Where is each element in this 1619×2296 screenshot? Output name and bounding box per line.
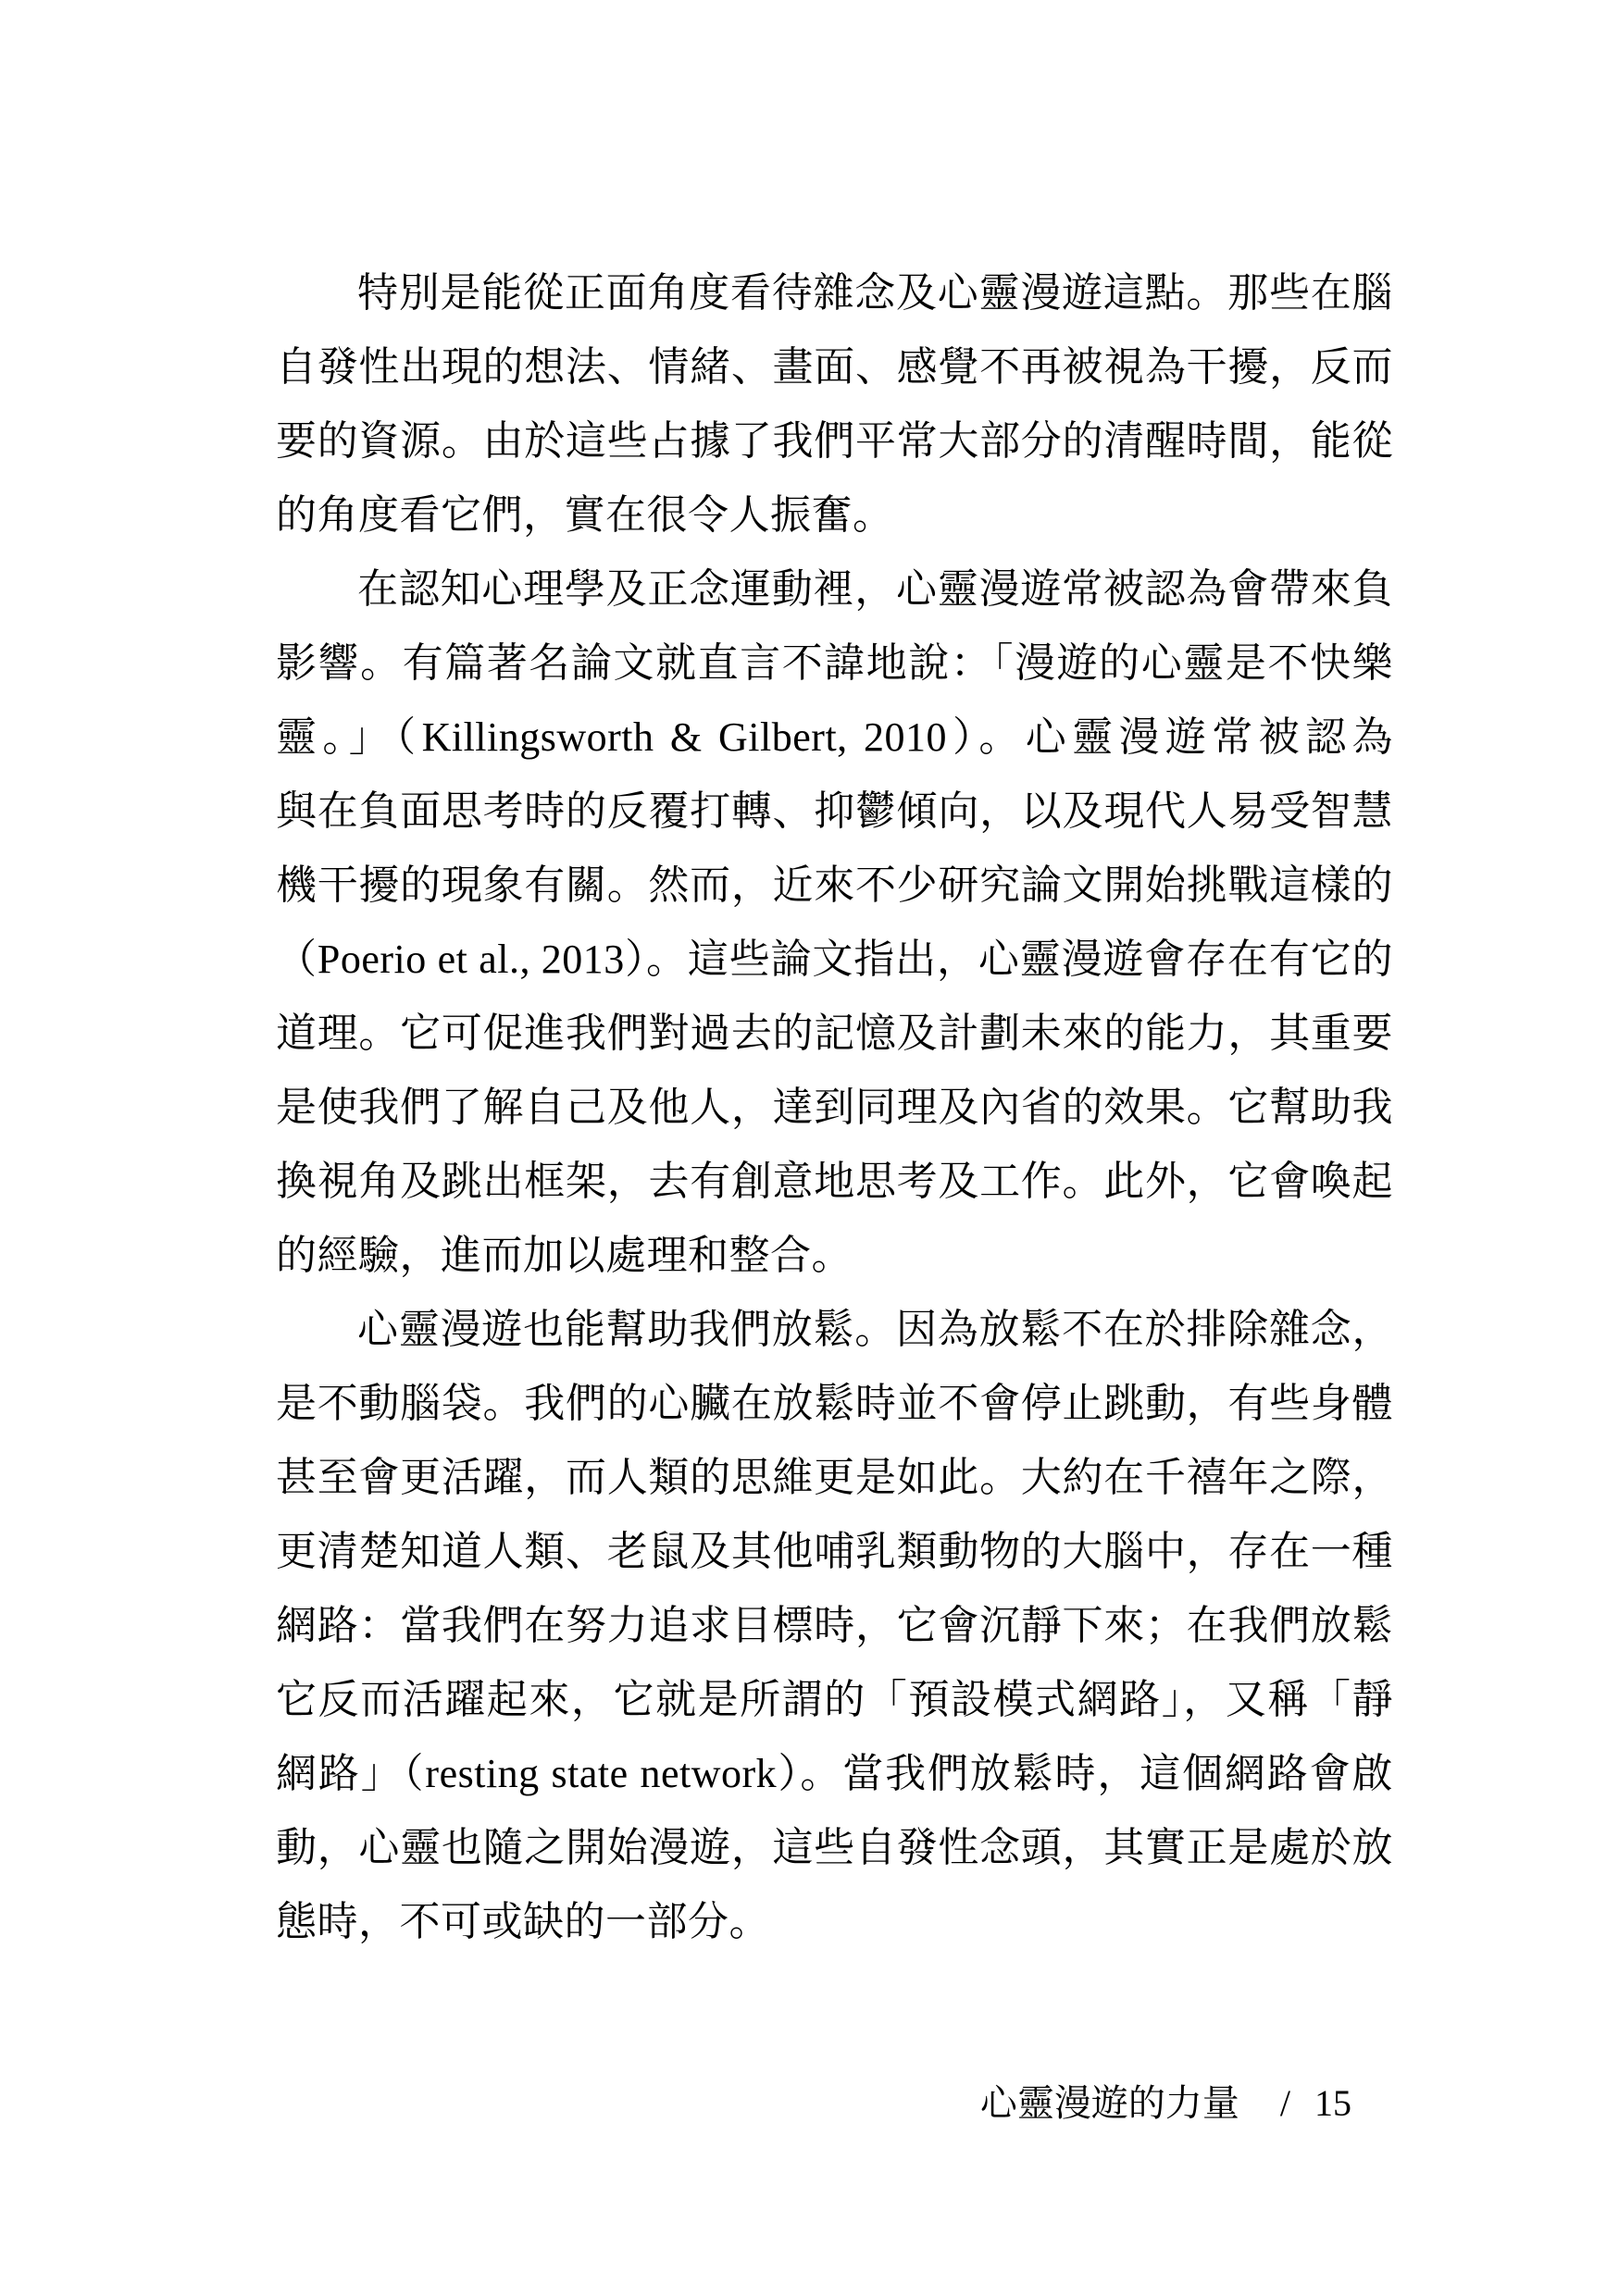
text-line: 是不動腦袋。我們的心臟在放鬆時並不會停止跳動，有些身體功能 (276, 1367, 1393, 1441)
text-line: 道理。它可促進我們對過去的記憶及計劃未來的能力，其重要特徵 (276, 997, 1393, 1071)
page-number: 15 (1314, 2082, 1351, 2125)
text-line: 自發性出現的想法、情緒、畫面、感覺不再被視為干擾，反而是重 (276, 330, 1393, 404)
text-line: 態時，不可或缺的一部分。 (276, 1885, 1393, 1959)
text-line: 網路」（resting state network）。當我們放鬆時，這個網路會啟 (276, 1737, 1393, 1811)
text-line: 動，心靈也隨之開始漫遊，這些自發性念頭，其實正是處於放鬆狀 (276, 1811, 1393, 1885)
text-line: 機干擾的現象有關。然而，近來不少研究論文開始挑戰這樣的看法 (276, 849, 1393, 923)
text-line: 更清楚知道人類、老鼠及其他哺乳類動物的大腦中，存在一種特殊 (276, 1515, 1393, 1589)
text-line: 網路：當我們在努力追求目標時，它會沉靜下來；在我們放鬆時， (276, 1589, 1393, 1663)
page-body-text: 特別是能從正面角度看待雜念及心靈漫遊這點。那些在腦海裡 自發性出現的想法、情緒、… (276, 256, 1393, 1959)
text-line: 要的資源。由於這些占據了我們平常大部分的清醒時間，能從這樣 (276, 404, 1393, 478)
text-line: 靈。」（Killingsworth & Gilbert, 2010）。心靈漫遊常… (276, 701, 1393, 775)
text-line: 心靈漫遊也能幫助我們放鬆。因為放鬆不在於排除雜念，也不 (276, 1293, 1393, 1367)
text-line: 它反而活躍起來，它就是所謂的「預設模式網路」，又稱「靜息態 (276, 1663, 1393, 1737)
footer-separator: / (1280, 2082, 1290, 2125)
text-line: （Poerio et al., 2013）。這些論文指出，心靈漫遊會存在有它的 (276, 923, 1393, 997)
text-line: 是使我們了解自己及他人，達到同理及內省的效果。它幫助我們轉 (276, 1071, 1393, 1145)
running-title: 心靈漫遊的力量 (980, 2082, 1239, 2125)
text-line: 的經驗，進而加以處理和整合。 (276, 1219, 1393, 1293)
text-line: 換視角及跳出框架，去有創意地思考及工作。此外，它會喚起過往 (276, 1145, 1393, 1219)
text-line: 影響。有篇著名論文就直言不諱地說：「漫遊的心靈是不快樂的心 (276, 627, 1393, 701)
text-line: 的角度看它們，實在很令人振奮。 (276, 478, 1393, 552)
text-line: 在認知心理學及正念運動裡，心靈漫遊常被認為會帶來負面 (276, 552, 1393, 627)
text-line: 與在負面思考時的反覆打轉、抑鬱傾向，以及現代人易受智慧型手 (276, 775, 1393, 849)
text-line: 甚至會更活躍，而人類的思維更是如此。大約在千禧年之際，我們 (276, 1441, 1393, 1515)
page-footer: 心靈漫遊的力量 / 15 (980, 2082, 1351, 2125)
text-line: 特別是能從正面角度看待雜念及心靈漫遊這點。那些在腦海裡 (276, 256, 1393, 330)
